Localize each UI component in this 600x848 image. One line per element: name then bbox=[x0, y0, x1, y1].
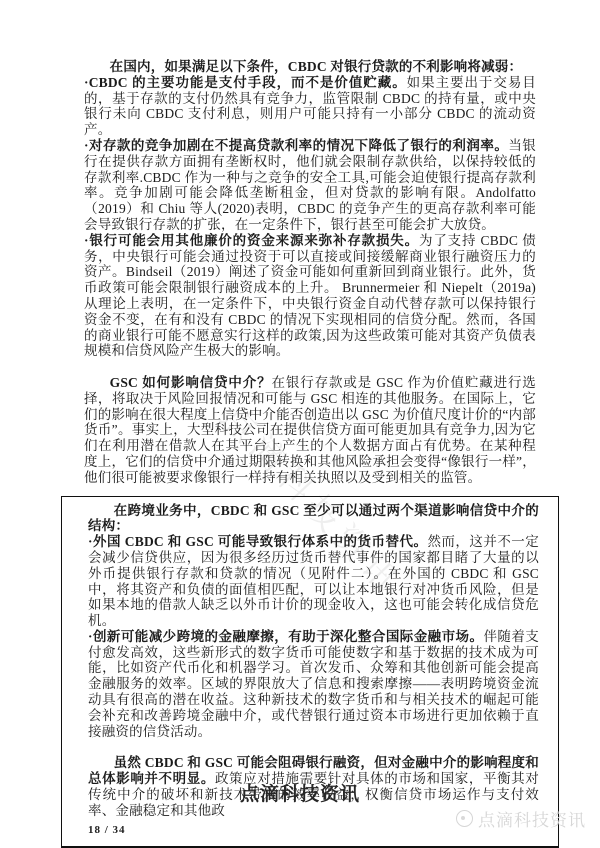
bullet-lead: ·对存款的竞争加剧在不提高贷款利率的情况下降低了银行的利润率。 bbox=[84, 138, 508, 153]
bullet-body: 为了支持 CBDC 债务，中央银行可能会通过投资于可以直接或间接缓解商业银行融资… bbox=[84, 233, 536, 359]
box-bullet-innovation: ·创新可能减少跨境的金融摩擦，有助于深化整合国际金融市场。伴随着支付愈发高效，这… bbox=[88, 629, 539, 740]
intro-text: 在国内，如果满足以下条件，CBDC 对银行贷款的不利影响将减弱： bbox=[110, 59, 523, 74]
corner-watermark-text: 点滴科技资讯 bbox=[478, 806, 586, 831]
document-body: 在国内，如果满足以下条件，CBDC 对银行贷款的不利影响将减弱： ·CBDC 的… bbox=[84, 59, 536, 848]
bullet-lead: ·创新可能减少跨境的金融摩擦，有助于深化整合国际金融市场。 bbox=[88, 629, 483, 644]
corner-watermark: 点滴科技资讯 bbox=[456, 806, 586, 831]
bullet-lead: ·外国 CBDC 和 GSC 可能导致银行体系中的货币替代。 bbox=[88, 534, 427, 549]
footer-brand-text: 点滴科技资讯 bbox=[0, 779, 600, 806]
gsc-paragraph: GSC 如何影响信贷中介？在银行存款或是 GSC 作为价值贮藏进行选择，将取决于… bbox=[84, 375, 536, 486]
box-intro-paragraph: 在跨境业务中，CBDC 和 GSC 至少可以通过两个渠道影响信贷中介的结构： bbox=[88, 503, 539, 535]
gsc-lead: GSC 如何影响信贷中介？ bbox=[110, 375, 272, 390]
bullet-lead: ·CBDC 的主要功能是支付手段，而不是价值贮藏。 bbox=[84, 75, 407, 90]
bullet-lead: ·银行可能会用其他廉价的资金来源来弥补存款损失。 bbox=[84, 233, 419, 248]
bullet-cbdc-function: ·CBDC 的主要功能是支付手段，而不是价值贮藏。如果主要出于交易目的，基于存款… bbox=[84, 75, 536, 138]
bullet-deposit-competition: ·对存款的竞争加剧在不提高贷款利率的情况下降低了银行的利润率。当银行在提供存款方… bbox=[84, 138, 536, 233]
bullet-cheap-funding: ·银行可能会用其他廉价的资金来源来弥补存款损失。为了支持 CBDC 债务，中央银… bbox=[84, 233, 536, 359]
brand-logo-icon bbox=[456, 810, 473, 827]
gsc-body: 在银行存款或是 GSC 作为价值贮藏进行选择，将取决于风险回报情况和可能与 GS… bbox=[84, 375, 536, 485]
intro-paragraph: 在国内，如果满足以下条件，CBDC 对银行贷款的不利影响将减弱： bbox=[84, 59, 536, 75]
bullet-body: 伴随着支付愈发高效，这些新形式的数字货币可能使数字和基于数据的技术成为可能，比如… bbox=[88, 629, 539, 739]
box-bullet-currency-substitution: ·外国 CBDC 和 GSC 可能导致银行体系中的货币替代。然而，这并不一定会减… bbox=[88, 534, 539, 629]
box-intro-text: 在跨境业务中，CBDC 和 GSC 至少可以通过两个渠道影响信贷中介的结构： bbox=[88, 503, 539, 534]
document-page: 点滴科技资讯 在国内，如果满足以下条件，CBDC 对银行贷款的不利影响将减弱： … bbox=[0, 0, 600, 848]
